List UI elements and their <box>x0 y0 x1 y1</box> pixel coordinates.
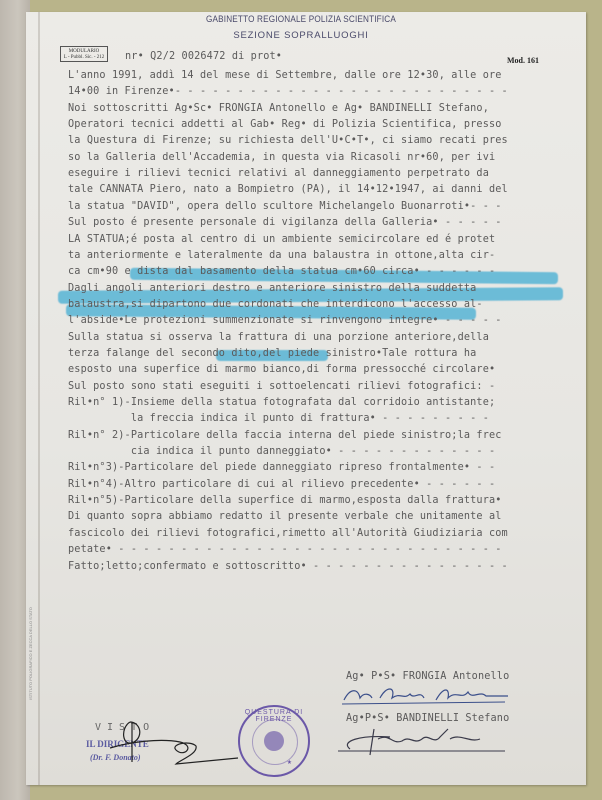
body-line: Ril•n° 1)-Insieme della statua fotografa… <box>68 396 495 409</box>
signature-bandinelli <box>330 725 510 757</box>
star-icon: ★ <box>287 757 292 766</box>
protocol-number: nr• Q2/2 0026472 di prot• <box>125 50 282 63</box>
official-stamp: QUESTURA DI FIRENZE ★ <box>238 705 310 777</box>
body-line: Operatori tecnici addetti al Gab• Reg• d… <box>68 118 502 131</box>
signature-frongia <box>340 684 510 706</box>
modulario-box: MODULARIO L - Pubbl. Sic. - 212 <box>60 46 108 62</box>
body-line: balaustra,si dipartono due cordonati che… <box>68 298 483 311</box>
body-line: esposto una superfice di marmo bianco,di… <box>68 363 495 376</box>
body-line: petate• - - - - - - - - - - - - - - - - … <box>68 543 502 556</box>
page-margin-line <box>38 12 40 785</box>
body-line: la statua "DAVID", opera dello scultore … <box>68 200 502 213</box>
modulario-subline: L - Pubbl. Sic. - 212 <box>61 55 107 61</box>
body-line: Noi sottoscritti Ag•Sc• FRONGIA Antonell… <box>68 102 489 115</box>
body-line: cia indica il punto danneggiato• - - - -… <box>68 445 495 458</box>
body-line: Sulla statua si osserva la frattura di u… <box>68 331 489 344</box>
body-line: L'anno 1991, addì 14 del mese di Settemb… <box>68 69 502 82</box>
signatory-2: Ag•P•S• BANDINELLI Stefano <box>346 712 509 725</box>
body-line: ca cm•90 e dista dal basamento della sta… <box>68 265 495 278</box>
body-line: tale CANNATA Piero, nato a Bompietro (PA… <box>68 183 508 196</box>
body-line: eseguire i rilievi tecnici relativi al d… <box>68 167 489 180</box>
body-line: LA STATUA;é posta al centro di un ambien… <box>68 233 495 246</box>
section-header: SEZIONE SOPRALLUOGHI <box>0 30 602 41</box>
body-line: Dagli angoli anteriori destro e anterior… <box>68 282 476 295</box>
body-line: fascicolo dei rilievi fotografici,rimett… <box>68 527 508 540</box>
body-line: 14•00 in Firenze•- - - - - - - - - - - -… <box>68 85 508 98</box>
body-line: Di quanto sopra abbiamo redatto il prese… <box>68 510 502 523</box>
body-line: ta anteriormente e lateralmente da una b… <box>68 249 495 262</box>
body-line: Sul posto é presente personale di vigila… <box>68 216 502 229</box>
body-line: la Questura di Firenze; su richiesta del… <box>68 134 508 147</box>
body-line: la freccia indica il punto di frattura• … <box>68 412 489 425</box>
signature-director <box>100 718 240 768</box>
body-line: Sul posto sono stati eseguiti i sottoele… <box>68 380 495 393</box>
body-line: Ril•n°3)-Particolare del piede danneggia… <box>68 461 495 474</box>
signatory-1: Ag• P•S• FRONGIA Antonello <box>346 670 509 683</box>
body-line: l'abside•Le protezioni summenzionate si … <box>68 314 502 327</box>
body-line: so la Galleria dell'Accademia, in questa… <box>68 151 495 164</box>
body-line: Ril•n°5)-Particolare della superfice di … <box>68 494 502 507</box>
republic-emblem-icon <box>264 731 284 751</box>
office-header: GABINETTO REGIONALE POLIZIA SCIENTIFICA <box>42 14 560 25</box>
margin-printer-note: ISTITUTO POLIGRAFICO E ZECCA DELLO STATO <box>28 560 36 700</box>
body-line: Fatto;letto;confermato e sottoscritto• -… <box>68 560 508 573</box>
body-line: Ril•n° 2)-Particolare della faccia inter… <box>68 429 502 442</box>
body-line: terza falange del secondo dito,del piede… <box>68 347 476 360</box>
body-line: Ril•n°4)-Altro particolare di cui al ril… <box>68 478 495 491</box>
form-code: Mod. 161 <box>507 56 539 65</box>
